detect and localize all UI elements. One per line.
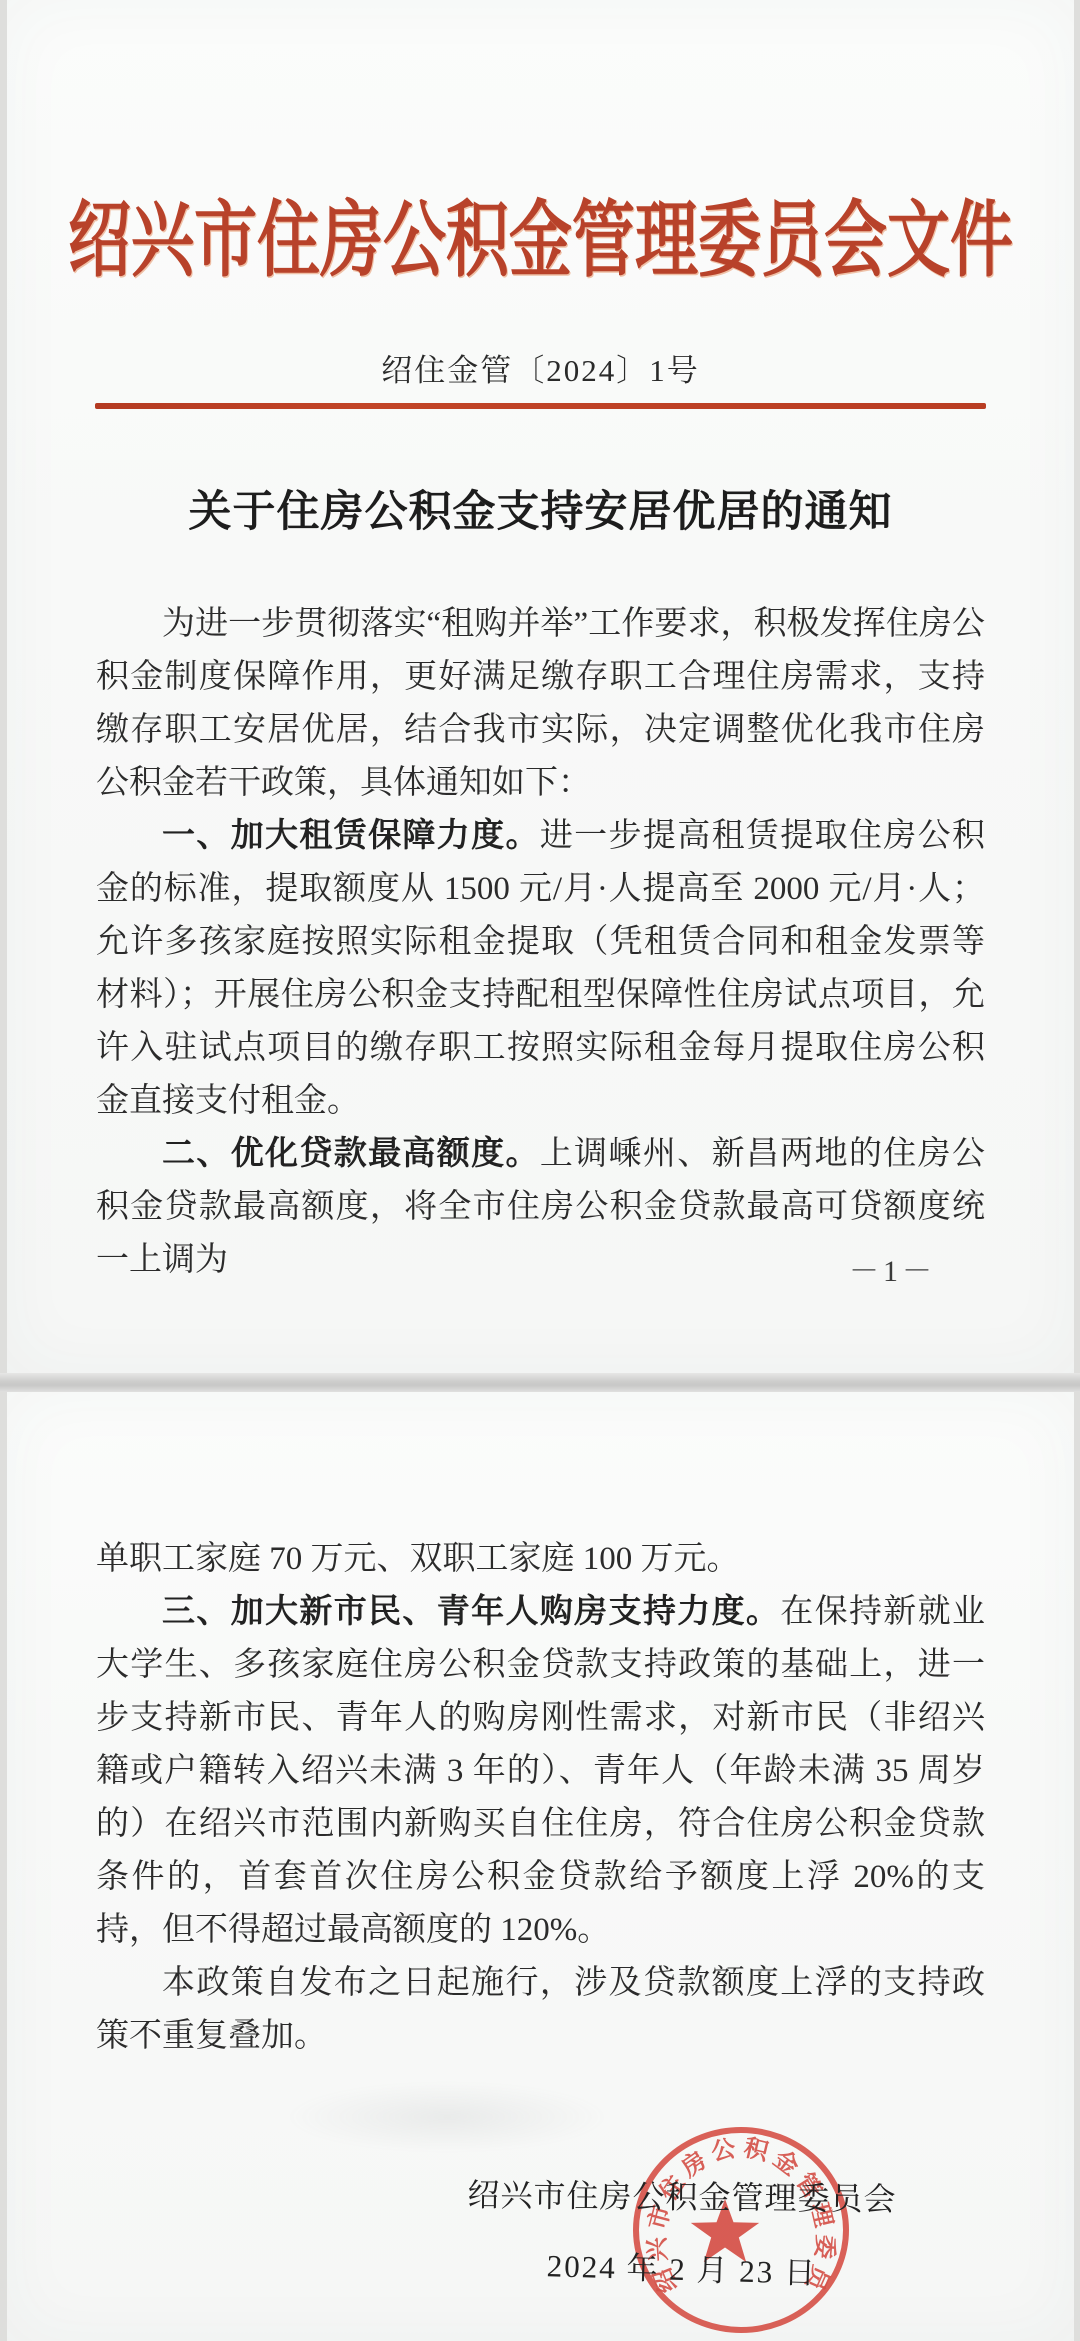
signature-block: 绍兴市住房公积金管理委员会 2024 年 2 月 23 日 xyxy=(447,2172,917,2289)
issue-date: 2024 年 2 月 23 日 xyxy=(446,2237,917,2295)
document-photo: 绍兴市住房公积金管理委员会文件 绍住金管〔2024〕1号 关于住房公积金支持安居… xyxy=(0,0,1080,2341)
red-separator-line xyxy=(95,403,986,409)
paragraph-section-3: 三、加大新市民、青年人购房支持力度。在保持新就业大学生、多孩家庭住房公积金贷款支… xyxy=(96,1586,985,1957)
paragraph-lead: 二、优化贷款最高额度。 xyxy=(162,1136,540,1172)
page-2-paper: 单职工家庭 70 万元、双职工家庭 100 万元。 三、加大新市民、青年人购房支… xyxy=(7,1392,1074,2341)
paragraph-text: 在保持新就业大学生、多孩家庭住房公积金贷款支持政策的基础上，进一步支持新市民、青… xyxy=(96,1594,985,1948)
page-2-body: 单职工家庭 70 万元、双职工家庭 100 万元。 三、加大新市民、青年人购房支… xyxy=(96,1533,985,2063)
doc-number: 绍住金管〔2024〕1号 xyxy=(7,345,1074,390)
page-1-paper: 绍兴市住房公积金管理委员会文件 绍住金管〔2024〕1号 关于住房公积金支持安居… xyxy=(7,0,1074,1373)
page-divider xyxy=(0,1373,1080,1392)
paragraph-text: 进一步提高租赁提取住房公积金的标准，提取额度从 1500 元/月·人提高至 20… xyxy=(96,818,985,1119)
paragraph-continuation: 单职工家庭 70 万元、双职工家庭 100 万元。 xyxy=(96,1533,985,1586)
paragraph-effective-date: 本政策自发布之日起施行，涉及贷款额度上浮的支持政策不重复叠加。 xyxy=(96,1957,985,2063)
issuer-signature: 绍兴市住房公积金管理委员会 xyxy=(447,2170,917,2221)
photo-smudge xyxy=(287,2082,607,2152)
paragraph-text: 为进一步贯彻落实“租购并举”工作要求，积极发挥住房公积金制度保障作用，更好满足缴… xyxy=(96,606,985,801)
paragraph-text: 单职工家庭 70 万元、双职工家庭 100 万元。 xyxy=(96,1541,740,1577)
paragraph-section-1: 一、加大租赁保障力度。进一步提高租赁提取住房公积金的标准，提取额度从 1500 … xyxy=(96,810,985,1128)
red-header-title: 绍兴市住房公积金管理委员会文件 xyxy=(7,200,1074,283)
page-number: －1－ xyxy=(849,1246,936,1290)
document-title: 关于住房公积金支持安居优居的通知 xyxy=(7,478,1074,539)
page-1-body: 为进一步贯彻落实“租购并举”工作要求，积极发挥住房公积金制度保障作用，更好满足缴… xyxy=(96,598,985,1287)
paragraph-lead: 三、加大新市民、青年人购房支持力度。 xyxy=(162,1594,780,1630)
paragraph-intro: 为进一步贯彻落实“租购并举”工作要求，积极发挥住房公积金制度保障作用，更好满足缴… xyxy=(96,598,985,810)
paragraph-text: 本政策自发布之日起施行，涉及贷款额度上浮的支持政策不重复叠加。 xyxy=(96,1965,985,2054)
paragraph-lead: 一、加大租赁保障力度。 xyxy=(162,818,540,854)
